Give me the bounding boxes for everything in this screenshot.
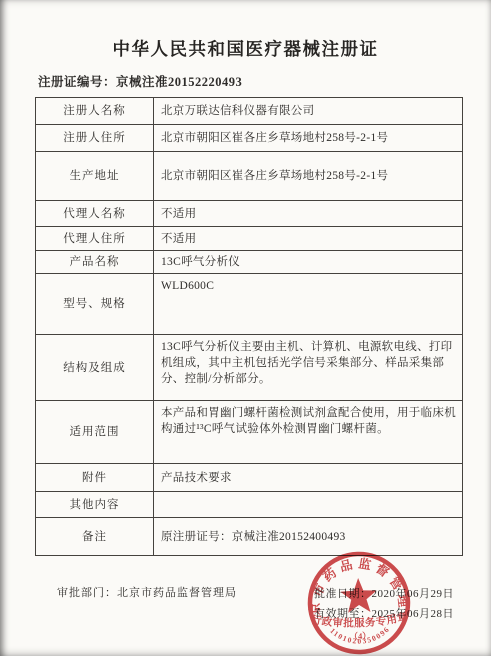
row-label-cell: 其他内容	[36, 492, 154, 518]
certificate-table: 注册人名称北京万联达信科仪器有限公司注册人住所北京市朝阳区崔各庄乡草场地村258…	[35, 97, 463, 556]
table-row: 注册人住所北京市朝阳区崔各庄乡草场地村258号-2-1号	[36, 125, 463, 152]
row-label-cell: 附件	[36, 464, 154, 492]
certificate-table-body: 注册人名称北京万联达信科仪器有限公司注册人住所北京市朝阳区崔各庄乡草场地村258…	[36, 98, 463, 556]
row-value-cell: 北京市朝阳区崔各庄乡草场地村258号-2-1号	[154, 152, 463, 201]
table-row: 代理人住所不适用	[36, 227, 463, 251]
page-title: 中华人民共和国医疗器械注册证	[0, 36, 491, 61]
row-value-cell: 北京万联达信科仪器有限公司	[154, 98, 463, 125]
approval-dept-label: 审批部门：	[57, 587, 117, 599]
row-value-cell: 13C呼气分析仪主要由主机、计算机、电源软电线、打印机组成，其中主机包括光学信号…	[154, 335, 463, 401]
table-row: 生产地址北京市朝阳区崔各庄乡草场地村258号-2-1号	[36, 152, 463, 201]
table-row: 型号、规格WLD600C	[36, 274, 463, 335]
table-row: 结构及组成13C呼气分析仪主要由主机、计算机、电源软电线、打印机组成，其中主机包…	[36, 335, 463, 401]
row-value-cell: 不适用	[154, 227, 463, 251]
row-value-cell: WLD600C	[154, 274, 463, 335]
row-value-cell: 不适用	[154, 201, 463, 227]
row-value-cell: 北京市朝阳区崔各庄乡草场地村258号-2-1号	[154, 125, 463, 152]
official-stamp: 北京市药品监督管理局 行政审批服务专用章 （4） 1101020350096	[301, 549, 417, 656]
row-value-cell: 产品技术要求	[154, 464, 463, 492]
star-icon	[340, 577, 377, 613]
row-value-cell	[154, 492, 463, 518]
row-label-cell: 代理人名称	[36, 201, 154, 227]
table-row: 代理人名称不适用	[36, 201, 463, 227]
row-value-cell: 本产品和胃幽门螺杆菌检测试剂盒配合使用，用于临床机构通过¹³C呼气试验体外检测胃…	[154, 401, 463, 464]
row-label-cell: 代理人住所	[36, 227, 154, 251]
row-label-cell: 产品名称	[36, 251, 154, 274]
row-label-cell: 备注	[36, 518, 154, 556]
table-row: 附件产品技术要求	[36, 464, 463, 492]
stamp-purpose-text: 行政审批服务专用章	[310, 610, 410, 632]
certificate-number-value: 京械注准20152220493	[116, 75, 242, 89]
table-row: 适用范围本产品和胃幽门螺杆菌检测试剂盒配合使用，用于临床机构通过¹³C呼气试验体…	[36, 401, 463, 464]
row-label-cell: 生产地址	[36, 152, 154, 201]
certificate-number-line: 注册证编号：京械注准20152220493	[38, 72, 242, 90]
certificate-page: 中华人民共和国医疗器械注册证 注册证编号：京械注准20152220493 注册人…	[0, 0, 491, 656]
row-value-cell: 13C呼气分析仪	[154, 251, 463, 274]
table-row: 其他内容	[36, 492, 463, 518]
row-label-cell: 注册人住所	[36, 125, 154, 152]
approval-dept-line: 审批部门：北京市药品监督管理局	[57, 584, 237, 600]
table-row: 产品名称13C呼气分析仪	[36, 251, 463, 274]
row-value-cell: 原注册证号：京械注准20152400493	[154, 518, 463, 556]
approval-dept-value: 北京市药品监督管理局	[117, 587, 237, 599]
row-label-cell: 适用范围	[36, 401, 154, 464]
row-label-cell: 型号、规格	[36, 274, 154, 335]
row-label-cell: 注册人名称	[36, 98, 154, 125]
row-label-cell: 结构及组成	[36, 335, 154, 401]
table-row: 注册人名称北京万联达信科仪器有限公司	[36, 98, 463, 125]
certificate-number-label: 注册证编号：	[38, 75, 116, 89]
